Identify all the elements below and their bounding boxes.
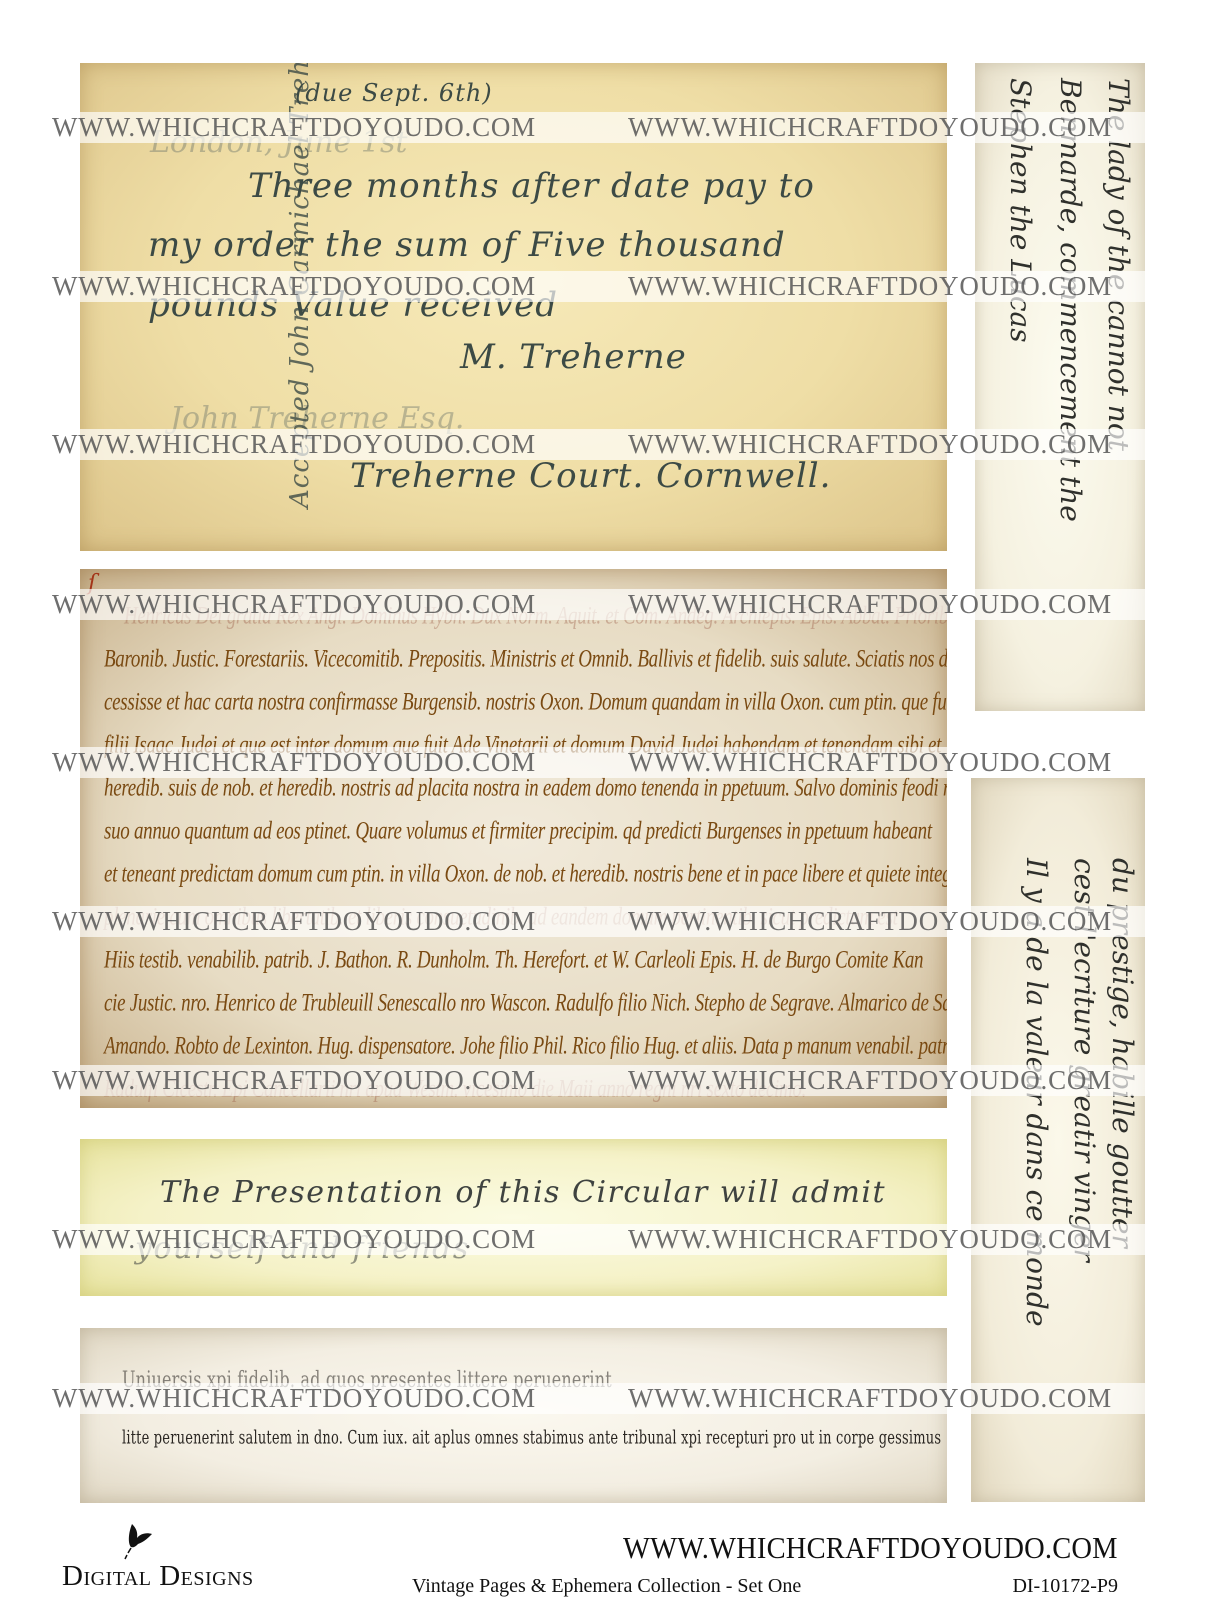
- charter-line: suo annuo quantum ad eos ptinet. Quare v…: [104, 817, 932, 847]
- watermark-text: WWW.WHICHCRAFTDOYOUDO.COM: [52, 589, 536, 620]
- watermark-text: WWW.WHICHCRAFTDOYOUDO.COM: [628, 1383, 1112, 1414]
- circular-panel: The Presentation of this Circular will a…: [80, 1139, 947, 1296]
- charter-line: heredib. suis de nob. et heredib. nostri…: [104, 774, 947, 804]
- charter-line: Baronib. Justic. Forestariis. Vicecomiti…: [104, 645, 947, 675]
- note-line: my order the sum of Five thousand: [148, 225, 786, 265]
- watermark-text: WWW.WHICHCRAFTDOYOUDO.COM: [52, 906, 536, 937]
- charter-line: Hiis testib. venabilib. patrib. J. Batho…: [104, 946, 923, 976]
- watermark-text: WWW.WHICHCRAFTDOYOUDO.COM: [628, 747, 1112, 778]
- product-code: DI-10172-P9: [1012, 1575, 1118, 1598]
- watermark-text: WWW.WHICHCRAFTDOYOUDO.COM: [52, 429, 536, 460]
- note-address: Treherne Court. Cornwell.: [350, 456, 831, 496]
- watermark-text: WWW.WHICHCRAFTDOYOUDO.COM: [628, 906, 1112, 937]
- watermark-text: WWW.WHICHCRAFTDOYOUDO.COM: [628, 1065, 1112, 1096]
- watermark-text: WWW.WHICHCRAFTDOYOUDO.COM: [628, 1224, 1112, 1255]
- charter-line: cie Justic. nro. Henrico de Trubleuill S…: [104, 989, 947, 1019]
- collection-title: Vintage Pages & Ephemera Collection - Se…: [412, 1575, 801, 1598]
- butterfly-icon: [118, 1522, 154, 1560]
- gothic-line: litte peruenerint salutem in dno. Cum iu…: [122, 1428, 941, 1449]
- watermark-text: WWW.WHICHCRAFTDOYOUDO.COM: [52, 1224, 536, 1255]
- note-signature: M. Treherne: [460, 337, 687, 377]
- charter-line: cessisse et hac carta nostra confirmasse…: [104, 688, 947, 718]
- charter-line: et teneant predictam domum cum ptin. in …: [104, 860, 947, 890]
- watermark-text: WWW.WHICHCRAFTDOYOUDO.COM: [628, 429, 1112, 460]
- watermark-text: WWW.WHICHCRAFTDOYOUDO.COM: [628, 112, 1112, 143]
- note-line: Three months after date pay to: [248, 166, 815, 206]
- brand-logo: Digital Designs: [62, 1560, 254, 1593]
- note-due-date: (due Sept. 6th): [295, 79, 493, 107]
- gothic-script-panel: Uniuersis xpi fidelib. ad quos presentes…: [80, 1328, 947, 1503]
- watermark-text: WWW.WHICHCRAFTDOYOUDO.COM: [52, 1065, 536, 1096]
- watermark-text: WWW.WHICHCRAFTDOYOUDO.COM: [52, 747, 536, 778]
- charter-line: Amando. Robto de Lexinton. Hug. dispensa…: [104, 1032, 947, 1062]
- watermark-text: WWW.WHICHCRAFTDOYOUDO.COM: [52, 1383, 536, 1414]
- watermark-text: WWW.WHICHCRAFTDOYOUDO.COM: [628, 271, 1112, 302]
- watermark-text: WWW.WHICHCRAFTDOYOUDO.COM: [52, 112, 536, 143]
- medieval-charter-panel: ſ Henricus Dei gratia Rex Angl. Dominus …: [80, 569, 947, 1108]
- watermark-text: WWW.WHICHCRAFTDOYOUDO.COM: [628, 589, 1112, 620]
- watermark-text: WWW.WHICHCRAFTDOYOUDO.COM: [52, 271, 536, 302]
- footer-url[interactable]: WWW.WHICHCRAFTDOYOUDO.COM: [623, 1530, 1118, 1566]
- circular-line: The Presentation of this Circular will a…: [160, 1175, 886, 1210]
